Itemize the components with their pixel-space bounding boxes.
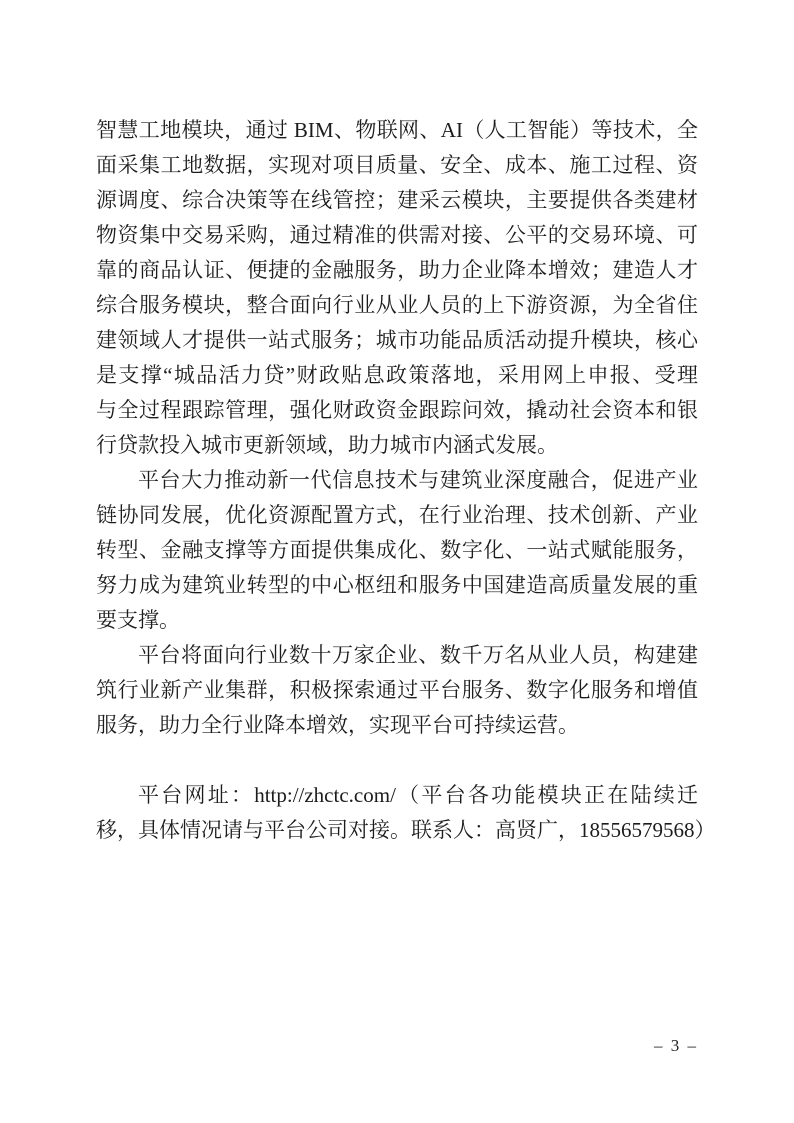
text-line: 平台大力推动新一代信息技术与建筑业深度融合，促进产业 <box>96 463 698 498</box>
page-number: – 3 – <box>654 1035 698 1057</box>
text-line: 平台将面向行业数十万家企业、数千万名从业人员，构建建 <box>96 638 698 673</box>
text-line: 建领域人才提供一站式服务；城市功能品质活动提升模块，核心 <box>96 323 698 358</box>
document-body: 智慧工地模块，通过 BIM、物联网、AI（人工智能）等技术，全面采集工地数据，实… <box>96 113 698 848</box>
text-line: 智慧工地模块，通过 BIM、物联网、AI（人工智能）等技术，全 <box>96 113 698 148</box>
text-line: 链协同发展，优化资源配置方式，在行业治理、技术创新、产业 <box>96 498 698 533</box>
paragraph: 平台将面向行业数十万家企业、数千万名从业人员，构建建筑行业新产业集群，积极探索通… <box>96 638 698 743</box>
text-line: 筑行业新产业集群，积极探索通过平台服务、数字化服务和增值 <box>96 673 698 708</box>
text-line: 物资集中交易采购，通过精准的供需对接、公平的交易环境、可 <box>96 218 698 253</box>
text-line: 行贷款投入城市更新领域，助力城市内涵式发展。 <box>96 428 698 463</box>
text-line: 移，具体情况请与平台公司对接。联系人：高贤广，18556579568） <box>96 813 698 848</box>
text-line: 是支撑“城品活力贷”财政贴息政策落地，采用网上申报、受理 <box>96 358 698 393</box>
text-line: 服务，助力全行业降本增效，实现平台可持续运营。 <box>96 708 698 743</box>
text-line: 与全过程跟踪管理，强化财政资金跟踪问效，撬动社会资本和银 <box>96 393 698 428</box>
text-line: 要支撑。 <box>96 603 698 638</box>
text-line: 源调度、综合决策等在线管控；建采云模块，主要提供各类建材 <box>96 183 698 218</box>
paragraph: 平台大力推动新一代信息技术与建筑业深度融合，促进产业链协同发展，优化资源配置方式… <box>96 463 698 638</box>
text-line: 转型、金融支撑等方面提供集成化、数字化、一站式赋能服务， <box>96 533 698 568</box>
document-page: 智慧工地模块，通过 BIM、物联网、AI（人工智能）等技术，全面采集工地数据，实… <box>0 0 794 1123</box>
text-line: 综合服务模块，整合面向行业从业人员的上下游资源，为全省住 <box>96 288 698 323</box>
text-line: 努力成为建筑业转型的中心枢纽和服务中国建造高质量发展的重 <box>96 568 698 603</box>
text-line: 靠的商品认证、便捷的金融服务，助力企业降本增效；建造人才 <box>96 253 698 288</box>
text-line: 平台网址：http://zhctc.com/（平台各功能模块正在陆续迁 <box>96 778 698 813</box>
paragraph: 平台网址：http://zhctc.com/（平台各功能模块正在陆续迁移，具体情… <box>96 778 698 848</box>
paragraph: 智慧工地模块，通过 BIM、物联网、AI（人工智能）等技术，全面采集工地数据，实… <box>96 113 698 463</box>
text-line: 面采集工地数据，实现对项目质量、安全、成本、施工过程、资 <box>96 148 698 183</box>
